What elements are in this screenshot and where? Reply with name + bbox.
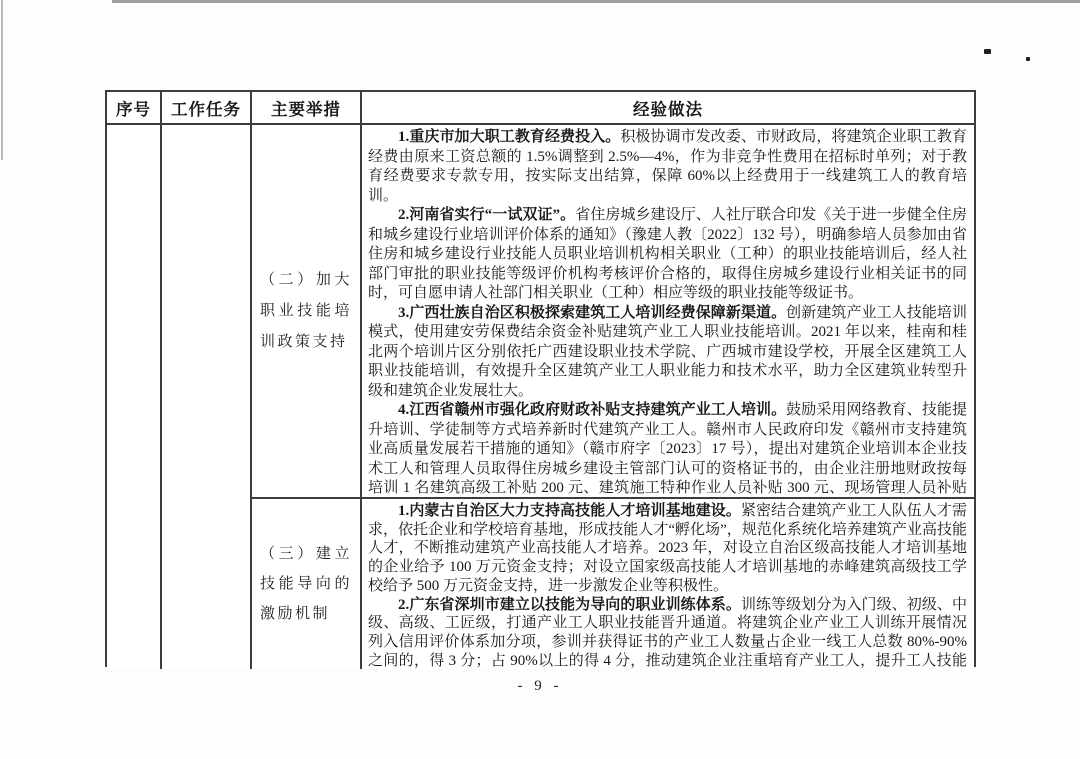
experience-paragraph: 3.广西壮族自治区积极探索建筑工人培训经费保障新渠道。创新建筑产业工人技能培训模… (368, 304, 967, 402)
column-header-serial: 序号 (107, 92, 162, 125)
column-header-measure: 主要举措 (252, 92, 362, 125)
scanned-document-page: 序号 工作任务 主要举措 经验做法 （二）加大职业技能培训政策支持 1.重庆市加… (0, 0, 1080, 759)
column-header-task: 工作任务 (162, 92, 252, 125)
paragraph-lead: 1.重庆市加大职工教育经费投入。 (398, 129, 620, 145)
column-header-experience: 经验做法 (362, 92, 974, 125)
experience-paragraph: 2.广东省深圳市建立以技能为导向的职业训练体系。训练等级划分为入门级、初级、中级… (368, 596, 967, 669)
page-number: - 9 - (0, 678, 1080, 695)
paragraph-lead: 4.江西省赣州市强化政府财政补贴支持建筑产业工人培训。 (398, 402, 786, 418)
measure-label: （二）加大职业技能培训政策支持 (260, 265, 352, 358)
experience-cell-3: 1.内蒙古自治区大力支持高技能人才培训基地建设。紧密结合建筑产业工人队伍人才需求… (362, 499, 974, 669)
experience-paragraph: 1.内蒙古自治区大力支持高技能人才培训基地建设。紧密结合建筑产业工人队伍人才需求… (368, 502, 967, 596)
paragraph-lead: 2.河南省实行“一试双证”。 (398, 207, 575, 223)
measure-label: （三）建立技能导向的激励机制 (260, 539, 352, 629)
scan-speck (984, 49, 991, 54)
experience-practices-table: 序号 工作任务 主要举措 经验做法 （二）加大职业技能培训政策支持 1.重庆市加… (105, 90, 976, 667)
task-cell-empty (162, 125, 252, 669)
experience-paragraph: 4.江西省赣州市强化政府财政补贴支持建筑产业工人培训。鼓励采用网络教育、技能提升… (368, 401, 967, 499)
paragraph-lead: 3.广西壮族自治区积极探索建筑工人培训经费保障新渠道。 (398, 305, 786, 321)
scan-edge-left (1, 0, 3, 160)
scan-edge-top (112, 0, 1080, 3)
experience-paragraph: 1.重庆市加大职工教育经费投入。积极协调市发改委、市财政局，将建筑企业职工教育经… (368, 128, 967, 206)
measure-cell-3: （三）建立技能导向的激励机制 (252, 499, 362, 669)
experience-cell-2: 1.重庆市加大职工教育经费投入。积极协调市发改委、市财政局，将建筑企业职工教育经… (362, 125, 974, 499)
paragraph-lead: 2.广东省深圳市建立以技能为导向的职业训练体系。 (398, 597, 741, 613)
paragraph-lead: 1.内蒙古自治区大力支持高技能人才培训基地建设。 (398, 503, 741, 519)
experience-paragraph: 2.河南省实行“一试双证”。省住房城乡建设厅、人社厅联合印发《关于进一步健全住房… (368, 206, 967, 304)
measure-cell-2: （二）加大职业技能培训政策支持 (252, 125, 362, 499)
scan-speck (1026, 57, 1030, 61)
serial-cell-empty (107, 125, 162, 669)
